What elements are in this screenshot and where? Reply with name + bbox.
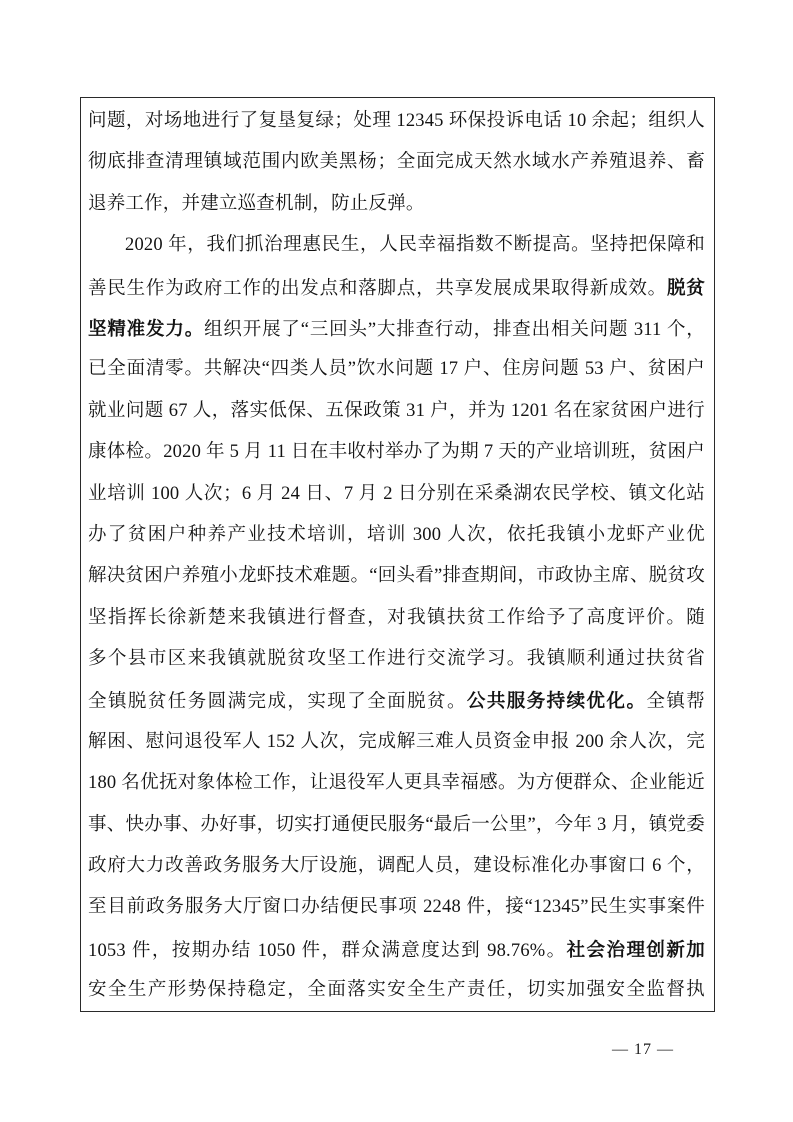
text-segment: 坚指挥长徐新楚来我镇进行督查，对我镇扶贫工作给予了高度评价。随后，	[88, 608, 705, 639]
text-line: 善民生作为政府工作的出发点和落脚点，共享发展成果取得新成效。脱贫攻	[88, 267, 705, 308]
text-segment: 至目前政务服务大厅窗口办结便民事项 2248 件，接“12345”民生实事案件	[88, 897, 705, 917]
page-number: — 17 —	[612, 1040, 674, 1060]
text-segment: 解决贫困户养殖小龙虾技术难题。“回头看”排查期间，市政协主席、脱贫攻	[88, 566, 705, 586]
text-line: 问题，对场地进行了复垦复绿；处理 12345 环保投诉电话 10 余起；组织人员	[88, 101, 705, 142]
text-line: 康体检。2020 年 5 月 11 日在丰收村举办了为期 7 天的产业培训班，贫…	[88, 432, 705, 473]
text-segment: 办了贫困户种养产业技术培训，培训 300 人次，依托我镇小龙虾产业优势，	[88, 525, 705, 556]
text-segment: 业培训 100 人次；6 月 24 日、7 月 2 日分别在采桑湖农民学校、镇文…	[88, 484, 705, 515]
text-line: 彻底排查清理镇域范围内欧美黑杨；全面完成天然水域水产养殖退养、畜禽	[88, 142, 705, 183]
text-segment: 全镇脱贫任务圆满完成，实现了全面脱贫。	[88, 692, 467, 712]
text-line: 全镇脱贫任务圆满完成，实现了全面脱贫。公共服务持续优化。全镇帮扶、	[88, 680, 705, 721]
text-line: 就业问题 67 人，落实低保、五保政策 31 户，并为 1201 名在家贫困户进…	[88, 391, 705, 432]
text-segment: 事、快办事、办好事，切实打通便民服务“最后一公里”，今年 3 月，镇党委	[88, 815, 705, 835]
text-segment: 180 名优抚对象体检工作，让退役军人更具幸福感。为方便群众、企业能近办	[88, 773, 705, 804]
text-line: 政府大力改善政务服务大厅设施，调配人员，建设标准化办事窗口 6 个，截	[88, 846, 705, 887]
text-line: 解决贫困户养殖小龙虾技术难题。“回头看”排查期间，市政协主席、脱贫攻	[88, 556, 705, 597]
text-segment: 多个县市区来我镇就脱贫攻坚工作进行交流学习。我镇顺利通过扶贫省检，	[88, 649, 705, 680]
text-line: 1053 件，按期办结 1050 件，群众满意度达到 98.76%。社会治理创新…	[88, 929, 705, 970]
text-line: 2020 年，我们抓治理惠民生，人民幸福指数不断提高。坚持把保障和改	[88, 225, 705, 266]
text-line: 坚精准发力。组织开展了“三回头”大排查行动，排查出相关问题 311 个，	[88, 308, 705, 349]
text-line: 多个县市区来我镇就脱贫攻坚工作进行交流学习。我镇顺利通过扶贫省检，	[88, 639, 705, 680]
text-segment: 问题，对场地进行了复垦复绿；处理 12345 环保投诉电话 10 余起；组织人员	[88, 111, 705, 142]
text-line: 业培训 100 人次；6 月 24 日、7 月 2 日分别在采桑湖农民学校、镇文…	[88, 474, 705, 515]
text-line: 退养工作，并建立巡查机制，防止反弹。	[88, 184, 705, 225]
text-segment: 安全生产形势保持稳定，全面落实安全生产责任，切实加强安全监督执法，	[88, 980, 705, 1011]
text-segment: 1053 件，按期办结 1050 件，群众满意度达到 98.76%。	[88, 941, 567, 961]
text-segment: 就业问题 67 人，落实低保、五保政策 31 户，并为 1201 名在家贫困户进…	[88, 401, 705, 432]
page-background: { "page": { "background": "#ffffff", "te…	[0, 0, 793, 1122]
text-segment: 2020 年，我们抓治理惠民生，人民幸福指数不断提高。坚持把保障和改	[88, 235, 705, 266]
text-segment: 彻底排查清理镇域范围内欧美黑杨；全面完成天然水域水产养殖退养、畜禽	[88, 152, 705, 183]
text-segment: 组织开展了“三回头”大排查行动，排查出相关问题 311 个，	[204, 320, 705, 340]
text-segment: 已全面清零。共解决“四类人员”饮水问题 17 户、住房问题 53 户、贫困户	[88, 359, 705, 379]
text-line: 安全生产形势保持稳定，全面落实安全生产责任，切实加强安全监督执法，	[88, 970, 705, 1011]
text-line: 解困、慰问退役军人 152 人次，完成解三难人员资金申报 200 余人次，完成	[88, 722, 705, 763]
text-line: 已全面清零。共解决“四类人员”饮水问题 17 户、住房问题 53 户、贫困户	[88, 349, 705, 390]
text-line: 至目前政务服务大厅窗口办结便民事项 2248 件，接“12345”民生实事案件	[88, 887, 705, 928]
text-segment: 康体检。2020 年 5 月 11 日在丰收村举办了为期 7 天的产业培训班，贫…	[88, 442, 705, 473]
text-segment: 解困、慰问退役军人 152 人次，完成解三难人员资金申报 200 余人次，完成	[88, 732, 705, 763]
bold-heading-segment: 坚精准发力。	[88, 318, 204, 339]
text-line: 坚指挥长徐新楚来我镇进行督查，对我镇扶贫工作给予了高度评价。随后，	[88, 598, 705, 639]
text-segment: 退养工作，并建立巡查机制，防止反弹。	[88, 194, 425, 214]
text-line: 办了贫困户种养产业技术培训，培训 300 人次，依托我镇小龙虾产业优势，	[88, 515, 705, 556]
text-line: 180 名优抚对象体检工作，让退役军人更具幸福感。为方便群众、企业能近办	[88, 763, 705, 804]
document-page: 问题，对场地进行了复垦复绿；处理 12345 环保投诉电话 10 余起；组织人员…	[0, 0, 793, 1122]
text-segment: 善民生作为政府工作的出发点和落脚点，共享发展成果取得新成效。	[88, 279, 667, 299]
text-segment: 政府大力改善政务服务大厅设施，调配人员，建设标准化办事窗口 6 个，截	[88, 856, 705, 887]
text-line: 事、快办事、办好事，切实打通便民服务“最后一公里”，今年 3 月，镇党委	[88, 805, 705, 846]
document-text-box: 问题，对场地进行了复垦复绿；处理 12345 环保投诉电话 10 余起；组织人员…	[80, 97, 715, 1012]
bold-heading-segment: 公共服务持续优化。	[467, 690, 646, 711]
